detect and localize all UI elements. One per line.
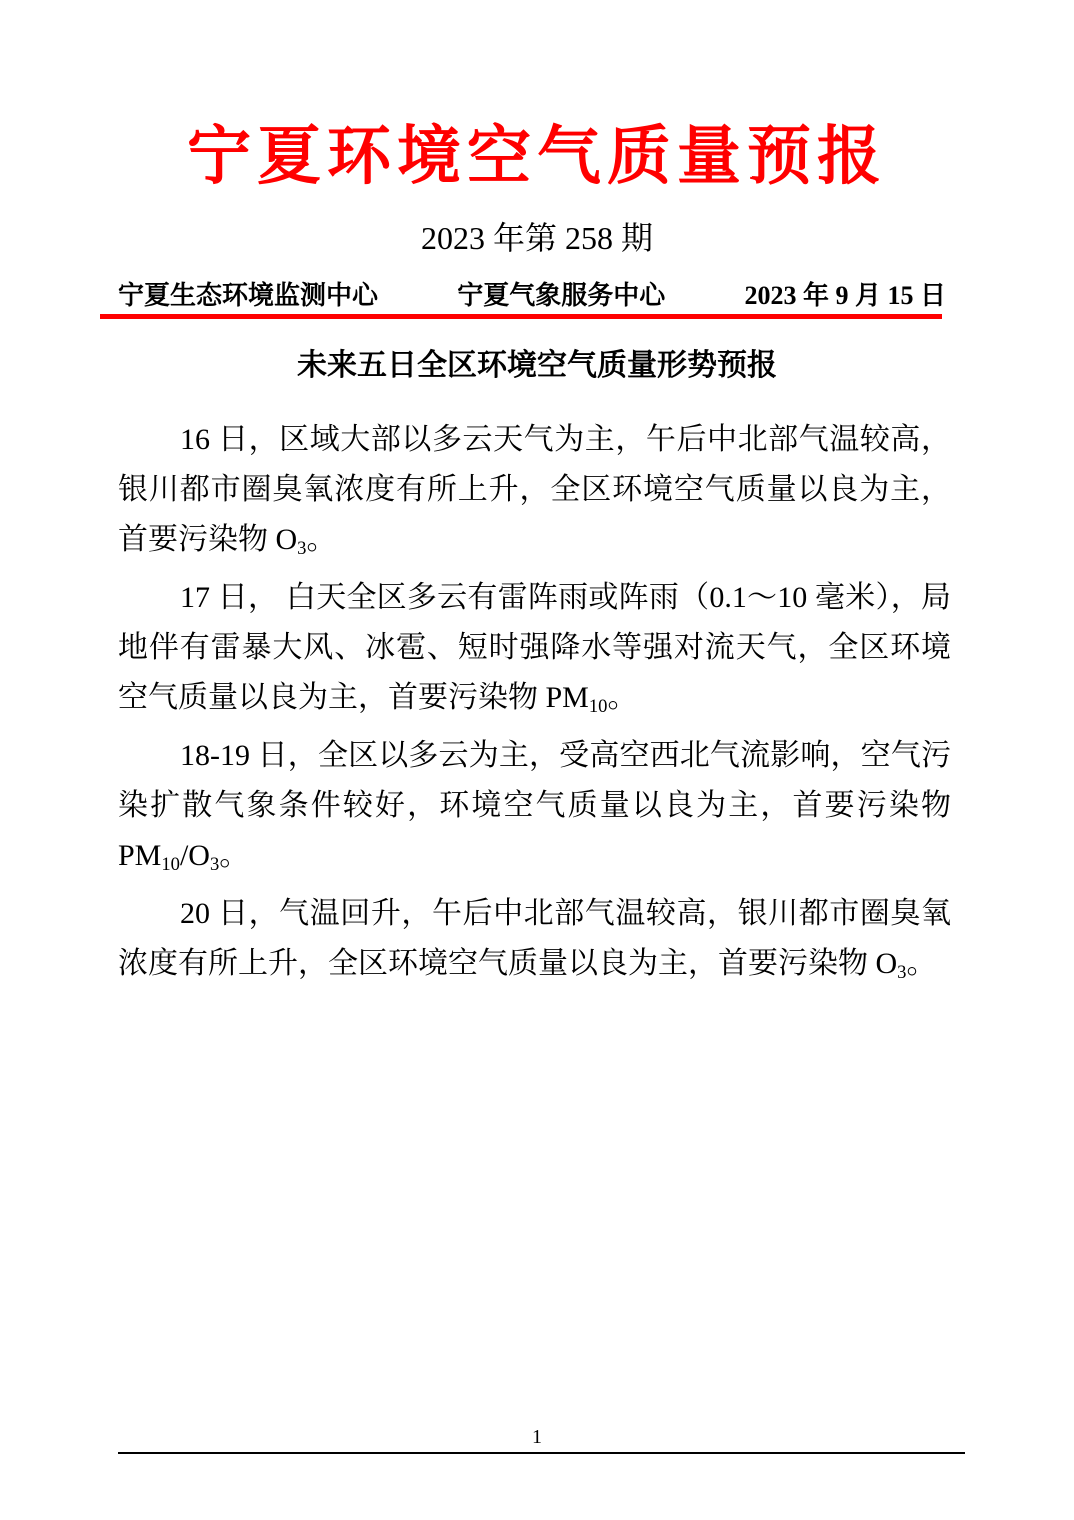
paragraph-text: 20 日，气温回升，午后中北部气温较高，银川都市圈臭氧浓度有所上升，全区环境空气… bbox=[118, 897, 951, 980]
paragraph-text: 17 日， 白天全区多云有雷阵雨或阵雨（0.1～10 毫米），局地伴有雷暴大风、… bbox=[118, 581, 951, 714]
masthead-left-org: 宁夏生态环境监测中心 bbox=[118, 280, 378, 312]
masthead-date: 2023 年 9 月 15 日 bbox=[744, 280, 946, 312]
paragraph-text: 16 日，区域大部以多云天气为主，午后中北部气温较高，银川都市圈臭氧浓度有所上升… bbox=[118, 423, 951, 556]
document-title: 宁夏环境空气质量预报 bbox=[0, 122, 1074, 192]
masthead-center-org: 宁夏气象服务中心 bbox=[457, 280, 665, 312]
paragraph-text: /O bbox=[180, 839, 210, 872]
forecast-paragraph-2: 17 日， 白天全区多云有雷阵雨或阵雨（0.1～10 毫米），局地伴有雷暴大风、… bbox=[118, 573, 951, 723]
footer-rule bbox=[118, 1452, 965, 1454]
forecast-paragraph-4: 20 日，气温回升，午后中北部气温较高，银川都市圈臭氧浓度有所上升，全区环境空气… bbox=[118, 889, 951, 989]
pollutant-subscript: 10 bbox=[161, 854, 180, 875]
paragraph-text: 。 bbox=[906, 947, 936, 980]
pollutant-subscript: 3 bbox=[297, 538, 306, 559]
paragraph-text: 。 bbox=[219, 839, 249, 872]
page-number: 1 bbox=[0, 1424, 1074, 1450]
pollutant-subscript: 10 bbox=[589, 696, 608, 717]
forecast-body: 16 日，区域大部以多云天气为主，午后中北部气温较高，银川都市圈臭氧浓度有所上升… bbox=[118, 415, 951, 997]
red-divider-rule bbox=[100, 314, 942, 319]
masthead: 宁夏生态环境监测中心 宁夏气象服务中心 2023 年 9 月 15 日 bbox=[118, 280, 946, 312]
forecast-paragraph-1: 16 日，区域大部以多云天气为主，午后中北部气温较高，银川都市圈臭氧浓度有所上升… bbox=[118, 415, 951, 565]
document-page: { "document": { "title": "宁夏环境空气质量预报", "… bbox=[0, 0, 1074, 1520]
section-title: 未来五日全区环境空气质量形势预报 bbox=[0, 346, 1074, 386]
issue-number: 2023 年第 258 期 bbox=[0, 219, 1074, 257]
paragraph-text: 。 bbox=[306, 523, 336, 556]
pollutant-subscript: 3 bbox=[897, 962, 906, 983]
forecast-paragraph-3: 18-19 日，全区以多云为主，受高空西北气流影响，空气污染扩散气象条件较好，环… bbox=[118, 731, 951, 881]
pollutant-subscript: 3 bbox=[210, 854, 219, 875]
paragraph-text: 。 bbox=[607, 681, 637, 714]
